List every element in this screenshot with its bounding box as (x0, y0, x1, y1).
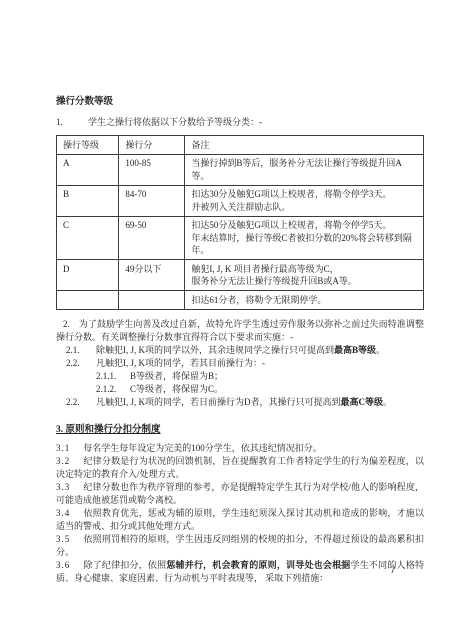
table-row-grade-d: D 49分以下 触犯I, J, K 项目者操行最高等级为C， 服务补分无法让操行… (57, 260, 424, 291)
item-number: 3.1 (56, 443, 70, 453)
table-row-grade-c: C 69-50 扣达50分及触犯G项以上校规者，将勒令停学5天。 年末结算时，操… (57, 216, 424, 260)
item-number: 3.2 (56, 456, 70, 466)
cell-grade: D (57, 260, 119, 291)
list-item-1: 1. 学生之操行将依据以下分数给予等级分类：- (56, 116, 424, 129)
cell-notes: 扣达30分及触犯G项以上校规者，将勒令停学3天。 并被列入关注群励志队。 (185, 185, 424, 216)
item-3-1: 3.1每名学生每年设定为完美的100分学生，依其违纪情况扣分。 (56, 442, 424, 455)
item-text-bold: 惩辅并行，机会教育的原则，训导处也会根据 (166, 560, 350, 570)
item-text: 每名学生每年设定为完美的100分学生，依其违纪情况扣分。 (83, 443, 322, 453)
note-line: 扣达61分者，将勒令无限期停学。 (191, 294, 417, 307)
conduct-grade-table: 操行等级 操行分 备注 A 100-85 当操行掉到B等后，服务补分无法让操行等… (56, 135, 424, 310)
list-item-2-1-2: 2.1.2.C等级者，将保留为C。 (96, 383, 424, 396)
item-text: 凡触犯I, J, K项的同学，若其目前操行为：- (96, 358, 265, 368)
item-1-text: 学生之操行将依据以下分数给予等级分类：- (88, 116, 262, 129)
item-number: 3.6 (56, 560, 70, 570)
item-3-4: 3.4依照教育优先，惩戒为辅的原则，学生违纪须深入探讨其动机和造成的影响，才施以… (56, 507, 424, 533)
item-3-6: 3.6除了纪律扣分，依照惩辅并行，机会教育的原则，训导处也会根据学生不同的人格特… (56, 559, 424, 585)
item-text: B等级者，将保留为B； (130, 371, 223, 381)
cell-grade: C (57, 216, 119, 260)
item-number: 2.2. (66, 357, 96, 370)
cell-notes: 当操行掉到B等后，服务补分无法让操行等级提升回A等。 (185, 154, 424, 185)
table-row-61-points: 扣达61分者，将勒令无限期停学。 (57, 291, 424, 310)
document-page: 操行分数等级 1. 学生之操行将依据以下分数给予等级分类：- 操行等级 操行分 … (0, 0, 452, 640)
note-line: 扣达50分及触犯G项以上校规者，将勒令停学5天。 (191, 219, 417, 232)
column-header-grade: 操行等级 (57, 136, 119, 155)
item-number: 3.3 (56, 482, 70, 492)
section-3-heading: 3. 原则和操行分扣分制度 (56, 424, 424, 437)
item-number: 2.1. (66, 344, 96, 357)
list-item-2-2-second: 2.2.凡触犯I, J, K项的同学，若日前操行为D者，其操行只可提高到最高C等… (66, 396, 424, 409)
note-line: 当操行掉到B等后，服务补分无法让操行等级提升回A等。 (191, 157, 417, 182)
item-text-bold: 最高C等级 (341, 397, 384, 407)
paragraph-2-number: 2. (63, 319, 70, 329)
item-text: 纪律分数也作为秩序管理的参考，亦是提醒特定学生其行为对学校/他人的影响程度，可能… (56, 482, 424, 505)
paragraph-2-text: 为了鼓励学生向善及改过自新，故特允许学生透过劳作服务以弥补之前过失而特准调整操行… (56, 319, 424, 342)
note-line: 扣达30分及触犯G项以上校规者，将勒令停学3天。 (191, 188, 417, 201)
item-text: 依照教育优先，惩戒为辅的原则，学生违纪须深入探讨其动机和造成的影响，才施以适当的… (56, 508, 424, 531)
item-3-2: 3.2纪律分数是行为状况的回馈机制，旨在提醒教育工作者特定学生的行为偏差程度，以… (56, 455, 424, 481)
list-item-2-1-1: 2.1.1.B等级者，将保留为B； (96, 370, 424, 383)
item-number: 3.5 (56, 534, 70, 544)
table-row-grade-a: A 100-85 当操行掉到B等后，服务补分无法让操行等级提升回A等。 (57, 154, 424, 185)
item-text: 除触犯I, J, K项的同学以外，其余违规同学之操行只可提高到 (96, 345, 334, 355)
column-header-notes: 备注 (185, 136, 424, 155)
page-content: 操行分数等级 1. 学生之操行将依据以下分数给予等级分类：- 操行等级 操行分 … (56, 96, 424, 585)
note-line: 并被列入关注群励志队。 (191, 201, 417, 214)
item-3-5: 3.5依照刑罚相符的原则，学生因违反同组别的校规的扣分，不得超过预设的最高累积扣… (56, 533, 424, 559)
item-number: 2.1.1. (96, 370, 130, 383)
cell-grade (57, 291, 119, 310)
item-text-tail: 。 (376, 345, 385, 355)
item-text: 依照刑罚相符的原则，学生因违反同组别的校规的扣分，不得超过预设的最高累积扣分。 (56, 534, 424, 557)
cell-score: 100-85 (119, 154, 185, 185)
item-text: C等级者，将保留为C。 (130, 384, 223, 394)
cell-score: 49分以下 (119, 260, 185, 291)
column-header-score: 操行分 (119, 136, 185, 155)
cell-grade: B (57, 185, 119, 216)
item-number: 3.4 (56, 508, 70, 518)
cell-score: 84-70 (119, 185, 185, 216)
item-3-3: 3.3纪律分数也作为秩序管理的参考，亦是提醒特定学生其行为对学校/他人的影响程度… (56, 481, 424, 507)
list-item-2-2: 2.2.凡触犯I, J, K项的同学，若其目前操行为：- (66, 357, 424, 370)
item-text: 除了纪律扣分，依照 (83, 560, 166, 570)
table-header-row: 操行等级 操行分 备注 (57, 136, 424, 155)
item-text: 凡触犯I, J, K项的同学，若日前操行为D者，其操行只可提高到 (96, 397, 341, 407)
cell-score: 69-50 (119, 216, 185, 260)
page-number: 7 (390, 565, 395, 576)
item-text: 纪律分数是行为状况的回馈机制，旨在提醒教育工作者特定学生的行为偏差程度，以决定特… (56, 456, 424, 479)
list-item-2-1: 2.1.除触犯I, J, K项的同学以外，其余违规同学之操行只可提高到最高B等级… (66, 344, 424, 357)
note-line: 年末结算时，操行等级C者被扣分数的20%将会转移到隔年。 (191, 232, 417, 257)
cell-notes: 触犯I, J, K 项目者操行最高等级为C， 服务补分无法让操行等级提升回B或A… (185, 260, 424, 291)
paragraph-2: 2.为了鼓励学生向善及改过自新，故特允许学生透过劳作服务以弥补之前过失而特准调整… (56, 318, 424, 344)
item-number: 2.1.2. (96, 383, 130, 396)
note-line: 触犯I, J, K 项目者操行最高等级为C， (191, 263, 417, 276)
cell-notes: 扣达61分者，将勒令无限期停学。 (185, 291, 424, 310)
item-text-tail: 。 (383, 397, 392, 407)
item-text-bold: 最高B等级 (334, 345, 376, 355)
cell-notes: 扣达50分及触犯G项以上校规者，将勒令停学5天。 年末结算时，操行等级C者被扣分… (185, 216, 424, 260)
cell-score (119, 291, 185, 310)
item-1-number: 1. (56, 116, 88, 129)
note-line: 服务补分无法让操行等级提升回B或A等。 (191, 275, 417, 288)
table-row-grade-b: B 84-70 扣达30分及触犯G项以上校规者，将勒令停学3天。 并被列入关注群… (57, 185, 424, 216)
page-title: 操行分数等级 (56, 96, 424, 109)
item-number: 2.2. (66, 396, 96, 409)
cell-grade: A (57, 154, 119, 185)
